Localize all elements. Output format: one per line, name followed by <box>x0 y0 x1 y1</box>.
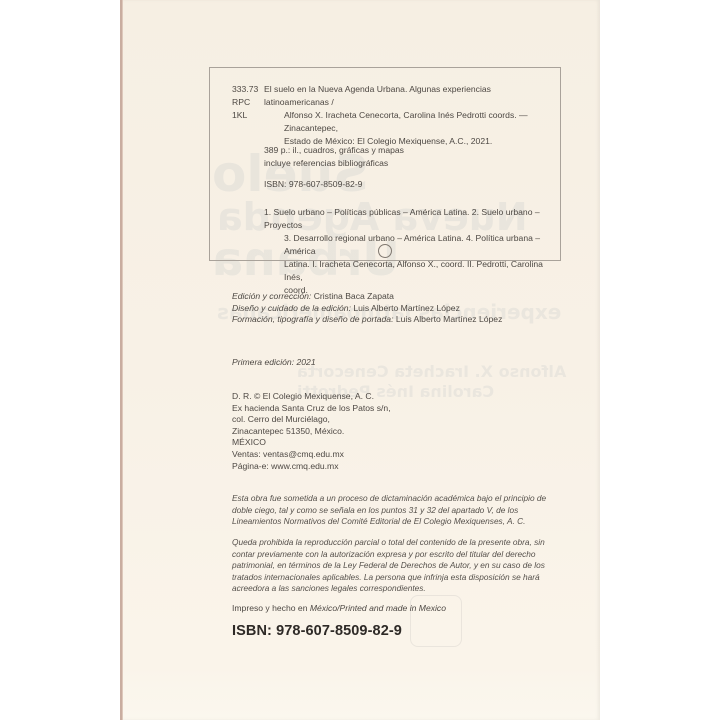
credit-name: Luis Alberto Martínez López <box>396 314 503 324</box>
subject-line: Latina. I. Iracheta Cenecorta, Alfonso X… <box>264 258 548 284</box>
address-line: Zinacantepec 51350, México. <box>232 426 391 438</box>
credit-role: Edición y corrección: <box>232 291 311 301</box>
address-line: MÉXICO <box>232 437 391 449</box>
book-page: Suelo Nueva Agenda Urbana experiencias l… <box>120 0 600 720</box>
catalog-subjects: 1. Suelo urbano – Políticas públicas – A… <box>264 206 548 297</box>
address-line: Ex hacienda Santa Cruz de los Patos s/n, <box>232 403 391 415</box>
description-line: incluye referencias bibliográficas <box>264 157 554 170</box>
peer-review-notice: Esta obra fue sometida a un proceso de d… <box>232 493 564 528</box>
catalog-description: 389 p.: il., cuadros, gráficas y mapas i… <box>264 144 554 170</box>
website: Página-e: www.cmq.edu.mx <box>232 461 391 473</box>
address-line: col. Cerro del Murciélago, <box>232 414 391 426</box>
catalog-title-entry: El suelo en la Nueva Agenda Urbana. Algu… <box>264 83 554 148</box>
subject-line: 1. Suelo urbano – Políticas públicas – A… <box>264 206 548 232</box>
call-number-line: 333.73 <box>232 83 262 96</box>
isbn-footer: ISBN: 978-607-8509-82-9 <box>232 623 402 639</box>
credit-role: Formación, tipografía y diseño de portad… <box>232 314 393 324</box>
catalog-title-line: El suelo en la Nueva Agenda Urbana. Algu… <box>264 83 554 109</box>
printed-in-plain: Impreso y hecho en <box>232 603 310 613</box>
catalog-isbn: ISBN: 978-607-8509-82-9 <box>264 178 362 191</box>
printed-in: Impreso y hecho en México/Printed and ma… <box>232 603 446 613</box>
credit-line: Formación, tipografía y diseño de portad… <box>232 314 502 326</box>
call-number-line: RPC <box>232 96 262 109</box>
sales-email: Ventas: ventas@cmq.edu.mx <box>232 449 391 461</box>
edition-line: Primera edición: 2021 <box>232 357 316 367</box>
credit-line: Diseño y cuidado de la edición: Luis Alb… <box>232 303 502 315</box>
credit-role: Diseño y cuidado de la edición: <box>232 303 351 313</box>
ghost-cover-author-1: Alfonso X. Iracheta Cenecorta <box>297 362 566 381</box>
copyright-notice: Queda prohibida la reproducción parcial … <box>232 537 564 595</box>
publisher-address: D. R. © El Colegio Mexiquense, A. C. Ex … <box>232 391 391 472</box>
credit-line: Edición y corrección: Cristina Baca Zapa… <box>232 291 502 303</box>
credits: Edición y corrección: Cristina Baca Zapa… <box>232 291 502 326</box>
call-number: 333.73 RPC 1KL <box>232 83 262 122</box>
credit-name: Cristina Baca Zapata <box>314 291 394 301</box>
catalog-title-line: Alfonso X. Iracheta Cenecorta, Carolina … <box>264 109 554 135</box>
card-hole-circle-icon <box>378 244 392 258</box>
subject-line: 3. Desarrollo regional urbano – América … <box>264 232 548 258</box>
description-line: 389 p.: il., cuadros, gráficas y mapas <box>264 144 554 157</box>
printed-in-italic: México/Printed and made in Mexico <box>310 603 446 613</box>
credit-name: Luis Alberto Martínez López <box>353 303 460 313</box>
address-line: D. R. © El Colegio Mexiquense, A. C. <box>232 391 391 403</box>
call-number-line: 1KL <box>232 109 262 122</box>
catalog-card: 333.73 RPC 1KL El suelo en la Nueva Agen… <box>209 67 561 261</box>
